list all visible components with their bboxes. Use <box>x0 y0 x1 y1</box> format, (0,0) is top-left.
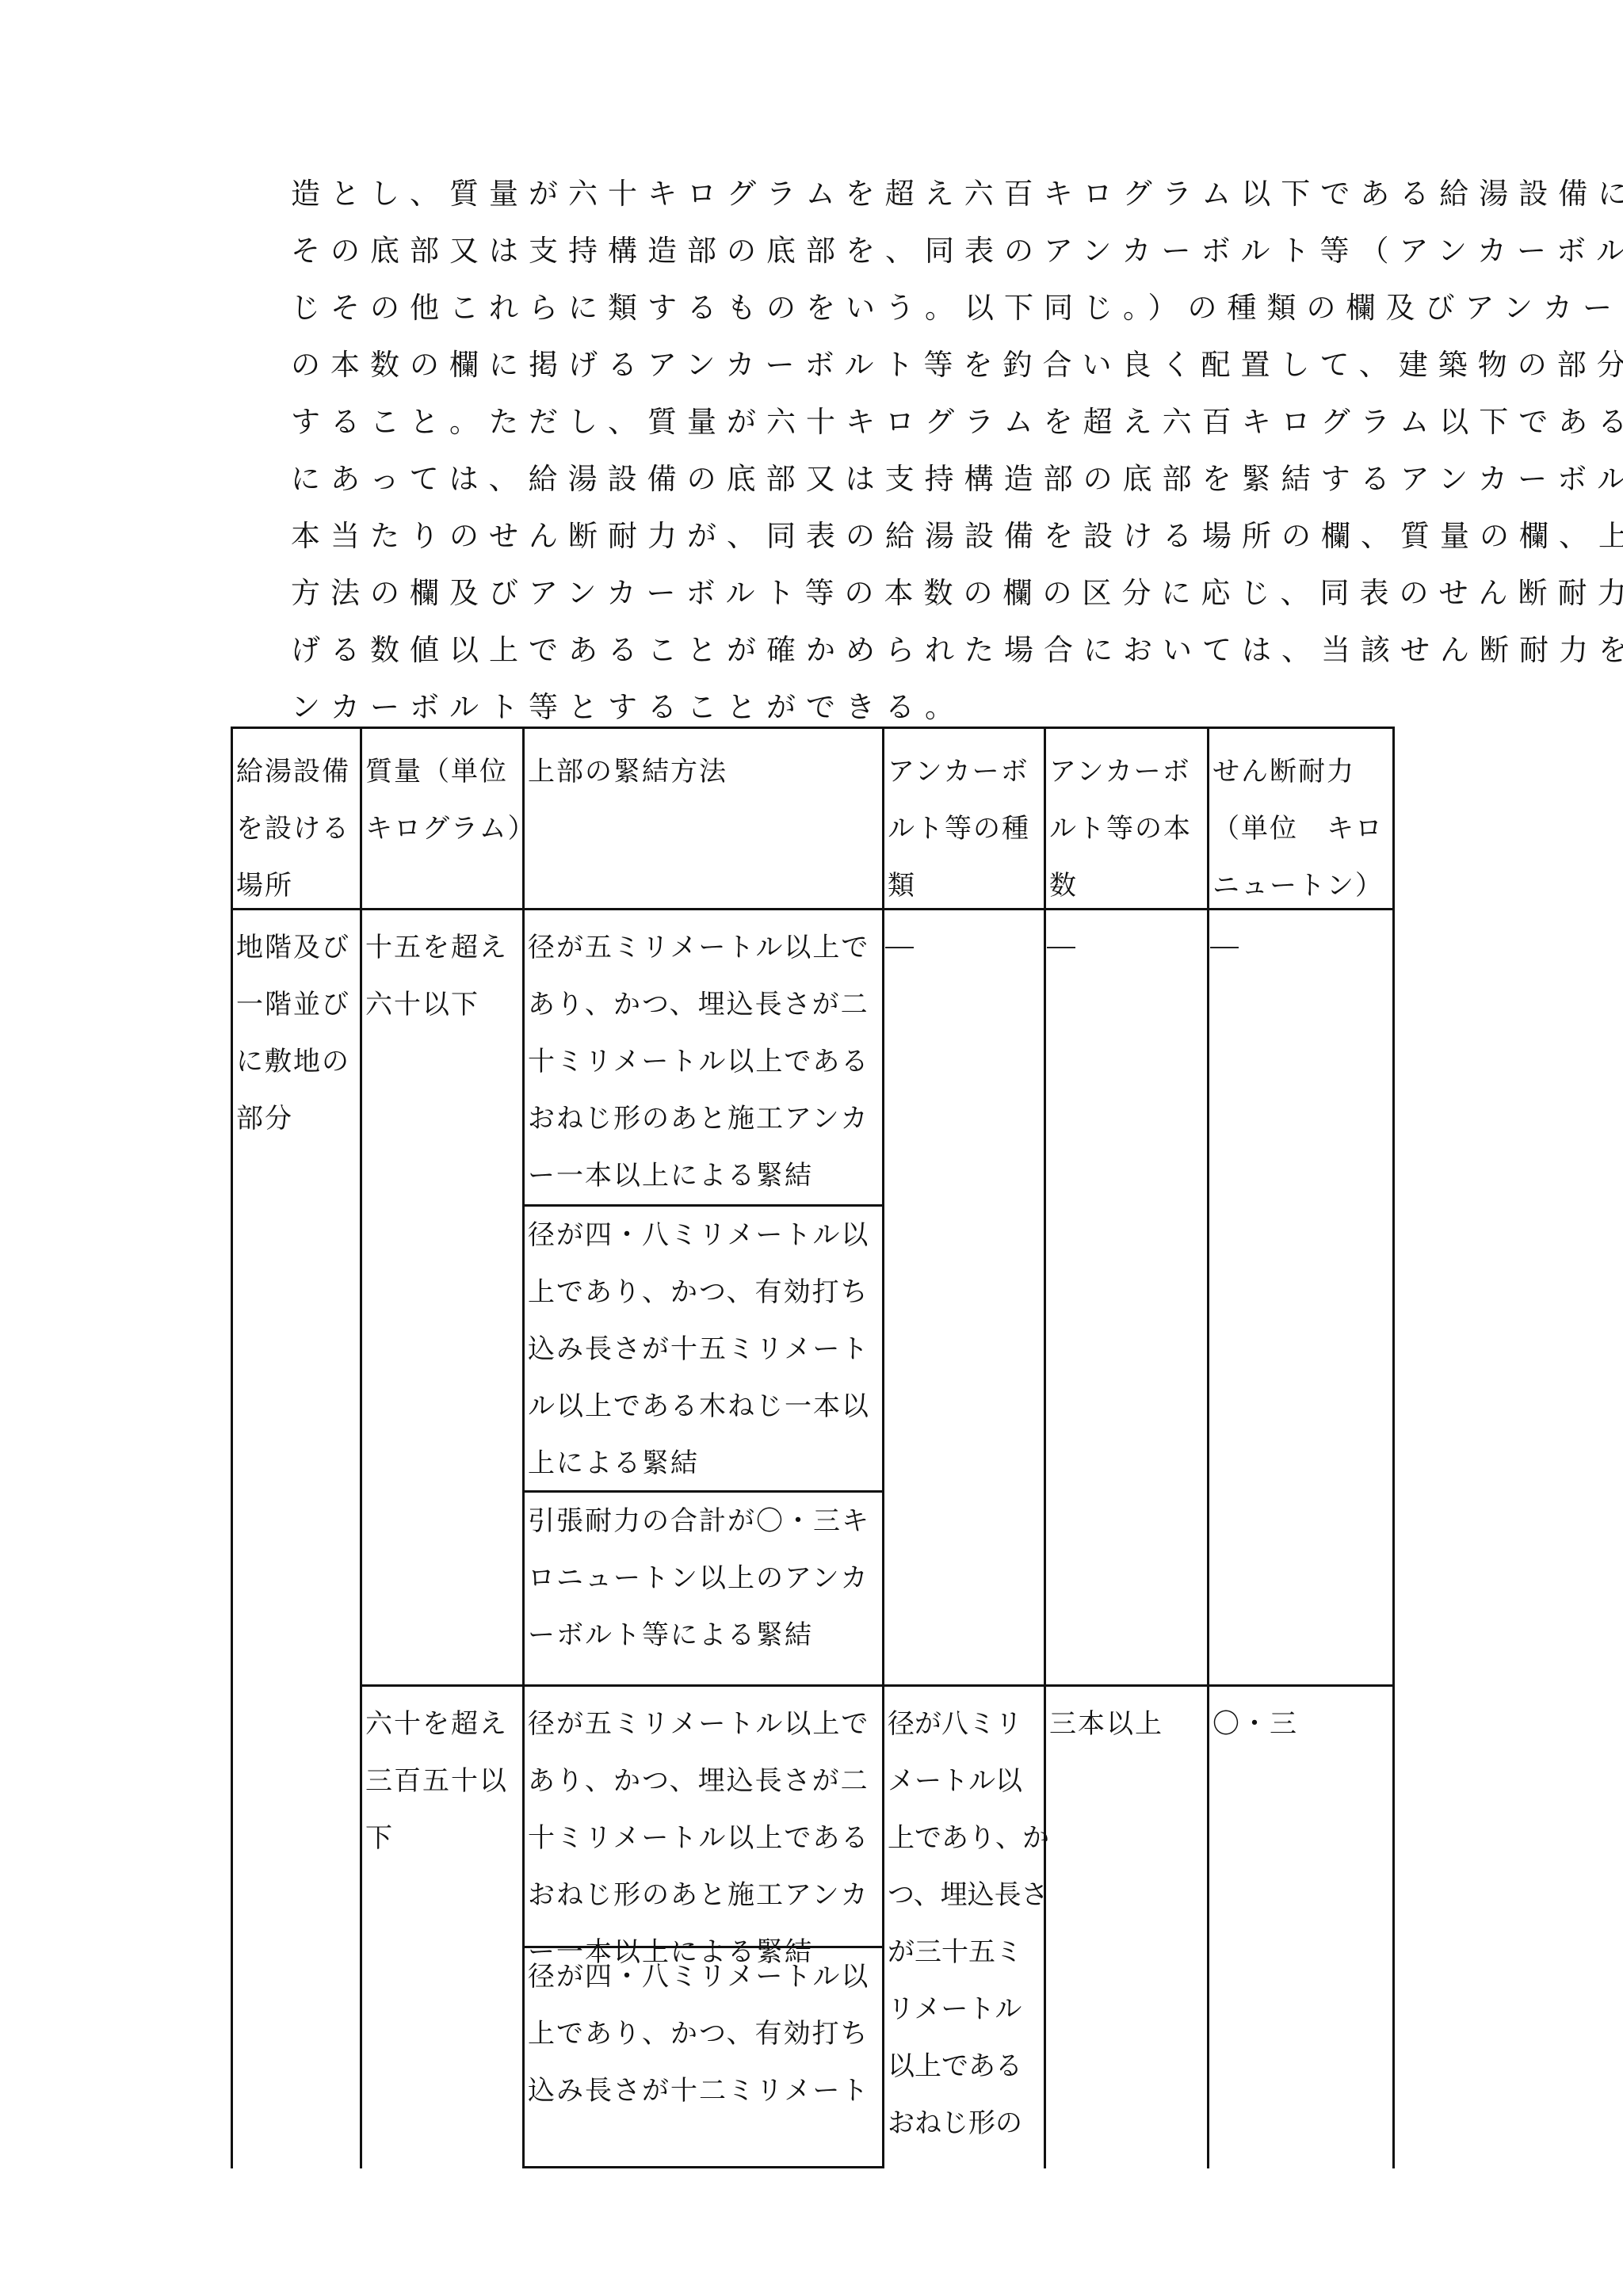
method-cell: 径が五ミリメートル以上で あり、かつ、埋込長さが二 十ミリメートル以上である お… <box>525 1695 883 1981</box>
method-cell: 径が五ミリメートル以上で あり、かつ、埋込長さが二 十ミリメートル以上である お… <box>525 919 883 1204</box>
paragraph-line: 本当たりのせん断耐力が、同表の給湯設備を設ける場所の欄、質量の欄、上部の緊結 <box>291 508 1395 565</box>
method-bottom-border <box>522 2166 884 2168</box>
header-shear-strength: せん断耐力 （単位 キロ ニュートン） <box>1209 743 1393 914</box>
method-cell: 引張耐力の合計が〇・三キ ロニュートン以上のアンカ ーボルト等による緊結 <box>525 1493 883 1664</box>
paragraph-line: げる数値以上であることが確かめられた場合においては、当該せん断耐力を有するア <box>291 622 1395 679</box>
header-anchor-type: アンカーボ ルト等の種 類 <box>884 743 1044 914</box>
method-cell: 径が四・八ミリメートル以 上であり、かつ、有効打ち 込み長さが十二ミリメート <box>525 1948 883 2119</box>
header-anchor-count: アンカーボ ルト等の本 数 <box>1046 743 1208 914</box>
paragraph-line: その底部又は支持構造部の底部を、同表のアンカーボルト等（アンカーボルト、木ね <box>291 223 1395 280</box>
header-location: 給湯設備 を設ける 場所 <box>233 743 360 914</box>
header-mass: 質量（単位 キログラム） <box>362 743 523 857</box>
anchor-count-cell: 三本以上 <box>1046 1695 1208 1753</box>
method-cell: 径が四・八ミリメートル以 上であり、かつ、有効打ち 込み長さが十五ミリメート ル… <box>525 1207 883 1492</box>
header-method: 上部の緊結方法 <box>525 743 883 800</box>
dash-anchor-type <box>885 947 914 948</box>
dash-anchor-count <box>1047 947 1075 948</box>
paragraph-line: の本数の欄に掲げるアンカーボルト等を釣合い良く配置して、建築物の部分等に緊結 <box>291 337 1395 394</box>
location-cell: 地階及び 一階並び に敷地の 部分 <box>233 919 360 1147</box>
paragraph-line: 方法の欄及びアンカーボルト等の本数の欄の区分に応じ、同表のせん断耐力の欄に掲 <box>291 565 1395 622</box>
dash-shear-strength <box>1210 947 1239 948</box>
table-top-border <box>231 727 1395 729</box>
mass-cell: 十五を超え 六十以下 <box>362 919 523 1033</box>
paragraph-line: にあっては、給湯設備の底部又は支持構造部の底部を緊結するアンカーボルト等の一 <box>291 451 1395 508</box>
paragraph-line: すること。ただし、質量が六十キログラムを超え六百キログラム以下である給湯設備 <box>291 394 1395 451</box>
paragraph-line: 造とし、質量が六十キログラムを超え六百キログラム以下である給湯設備にあっては、 <box>291 166 1395 223</box>
shear-strength-cell: 〇・三 <box>1209 1695 1393 1753</box>
group-separator <box>360 1684 1395 1687</box>
col-border-7 <box>1392 727 1395 2168</box>
col-border-6 <box>1207 727 1209 2168</box>
mass-cell: 六十を超え 三百五十以 下 <box>362 1695 523 1867</box>
paragraph-line: じその他これらに類するものをいう。以下同じ。）の種類の欄及びアンカーボルト等 <box>291 280 1395 337</box>
anchor-type-cell: 径が八ミリ メートル以 上であり、か つ、埋込長さ が三十五ミ リメートル 以上… <box>884 1695 1044 2152</box>
